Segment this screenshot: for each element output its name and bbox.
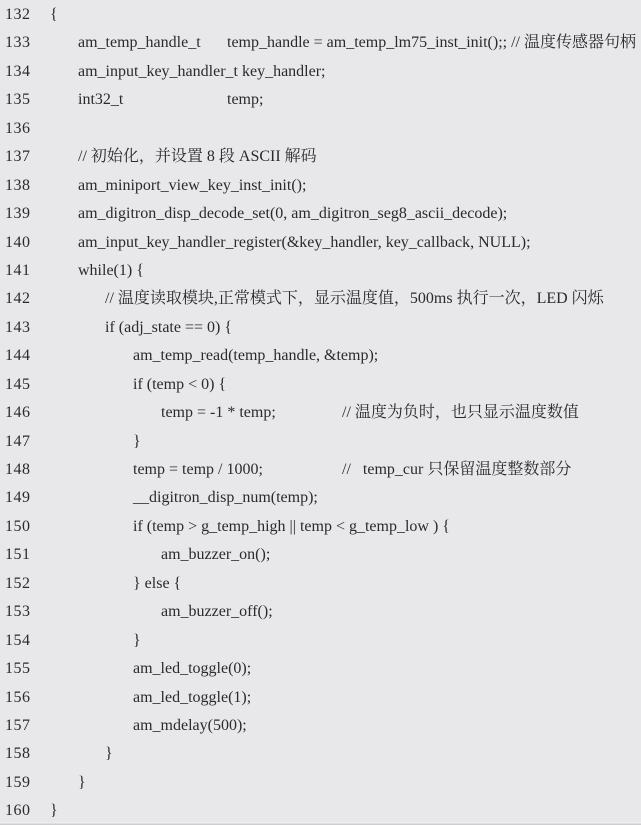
line-number: 142 — [0, 285, 50, 313]
line-number: 133 — [0, 29, 50, 57]
code-line: 159} — [0, 769, 641, 797]
code-comment: // 温度为负时，也只显示温度数值 — [342, 399, 579, 427]
code-text: while(1) { — [78, 257, 144, 285]
code-text: am_miniport_view_key_inst_init(); — [78, 172, 306, 200]
code-text: if (temp < 0) { — [133, 371, 226, 399]
line-number: 158 — [0, 740, 50, 768]
code-text: // 初始化，并设置 8 段 ASCII 解码 — [78, 143, 317, 171]
code-text: am_buzzer_off(); — [161, 598, 273, 626]
code-line: 134am_input_key_handler_t key_handler; — [0, 58, 641, 86]
line-number: 146 — [0, 399, 50, 427]
code-line: 147} — [0, 428, 641, 456]
line-number: 151 — [0, 541, 50, 569]
code-line: 135int32_ttemp; — [0, 86, 641, 114]
code-text: __digitron_disp_num(temp); — [133, 484, 318, 512]
line-number: 140 — [0, 229, 50, 257]
line-number: 154 — [0, 627, 50, 655]
code-text: am_led_toggle(1); — [133, 684, 251, 712]
declaration-type: am_input_key_handler_t — [78, 58, 242, 86]
line-number: 143 — [0, 314, 50, 342]
code-line: 146temp = -1 * temp;// 温度为负时，也只显示温度数值 — [0, 399, 641, 427]
code-text: } — [133, 627, 141, 655]
code-line: 151am_buzzer_on(); — [0, 541, 641, 569]
line-number: 150 — [0, 513, 50, 541]
code-text: am_input_key_handler_t key_handler; — [78, 58, 326, 86]
code-text: am_input_key_handler_register(&key_handl… — [78, 229, 531, 257]
line-number: 145 — [0, 371, 50, 399]
code-line: 156am_led_toggle(1); — [0, 684, 641, 712]
line-number: 141 — [0, 257, 50, 285]
code-line: 149__digitron_disp_num(temp); — [0, 484, 641, 512]
code-text: am_temp_handle_ttemp_handle = am_temp_lm… — [78, 29, 636, 57]
line-number: 135 — [0, 86, 50, 114]
code-text: } — [78, 769, 86, 797]
code-text: // 温度读取模块,正常模式下，显示温度值，500ms 执行一次，LED 闪烁 — [105, 285, 604, 313]
code-line: 133am_temp_handle_ttemp_handle = am_temp… — [0, 29, 641, 57]
code-comment: // 温度读取模块,正常模式下，显示温度值，500ms 执行一次，LED 闪烁 — [105, 290, 604, 307]
line-number: 147 — [0, 428, 50, 456]
code-text: am_mdelay(500); — [133, 712, 247, 740]
code-line: 154} — [0, 627, 641, 655]
code-line: 145if (temp < 0) { — [0, 371, 641, 399]
code-line: 155am_led_toggle(0); — [0, 655, 641, 683]
code-line: 158} — [0, 740, 641, 768]
line-number: 134 — [0, 58, 50, 86]
code-line: 152} else { — [0, 570, 641, 598]
code-line: 142// 温度读取模块,正常模式下，显示温度值，500ms 执行一次，LED … — [0, 285, 641, 313]
line-number: 144 — [0, 342, 50, 370]
code-comment: // temp_cur 只保留温度整数部分 — [342, 456, 571, 484]
code-text: } — [50, 797, 58, 825]
code-text: } else { — [133, 570, 181, 598]
line-number: 136 — [0, 115, 50, 143]
code-line: 139am_digitron_disp_decode_set(0, am_dig… — [0, 200, 641, 228]
code-text: { — [50, 1, 58, 29]
code-line: 160} — [0, 797, 641, 825]
code-text: temp = -1 * temp; — [161, 399, 276, 427]
code-text: am_led_toggle(0); — [133, 655, 251, 683]
code-line: 141while(1) { — [0, 257, 641, 285]
line-number: 149 — [0, 484, 50, 512]
declaration-type: int32_t — [78, 86, 227, 114]
line-number: 160 — [0, 797, 50, 825]
code-text: int32_ttemp; — [78, 86, 263, 114]
code-comment: // 温度传感器句柄 — [511, 34, 636, 51]
code-line: 137// 初始化，并设置 8 段 ASCII 解码 — [0, 143, 641, 171]
line-number: 139 — [0, 200, 50, 228]
code-text: temp = temp / 1000; — [133, 456, 263, 484]
line-number: 132 — [0, 1, 50, 29]
code-text: if (temp > g_temp_high || temp < g_temp_… — [133, 513, 450, 541]
code-text: am_buzzer_on(); — [161, 541, 270, 569]
code-text: } — [133, 428, 141, 456]
line-number: 148 — [0, 456, 50, 484]
line-number: 152 — [0, 570, 50, 598]
code-text: am_temp_read(temp_handle, &temp); — [133, 342, 378, 370]
code-line: 150if (temp > g_temp_high || temp < g_te… — [0, 513, 641, 541]
line-number: 137 — [0, 143, 50, 171]
line-number: 156 — [0, 684, 50, 712]
code-line: 140am_input_key_handler_register(&key_ha… — [0, 229, 641, 257]
code-text: if (adj_state == 0) { — [105, 314, 232, 342]
line-number: 155 — [0, 655, 50, 683]
line-number: 159 — [0, 769, 50, 797]
code-listing: 132{133am_temp_handle_ttemp_handle = am_… — [0, 0, 641, 825]
declaration-type: am_temp_handle_t — [78, 29, 227, 57]
line-number: 138 — [0, 172, 50, 200]
code-comment: // 初始化，并设置 8 段 ASCII 解码 — [78, 148, 317, 165]
code-line: 144am_temp_read(temp_handle, &temp); — [0, 342, 641, 370]
line-number: 153 — [0, 598, 50, 626]
code-text: am_digitron_disp_decode_set(0, am_digitr… — [78, 200, 507, 228]
code-line: 153am_buzzer_off(); — [0, 598, 641, 626]
code-line: 143if (adj_state == 0) { — [0, 314, 641, 342]
code-line: 157am_mdelay(500); — [0, 712, 641, 740]
code-line: 148temp = temp / 1000;// temp_cur 只保留温度整… — [0, 456, 641, 484]
code-line: 136 — [0, 115, 641, 143]
line-number: 157 — [0, 712, 50, 740]
code-line: 138am_miniport_view_key_inst_init(); — [0, 172, 641, 200]
code-text: } — [105, 740, 113, 768]
code-line: 132{ — [0, 1, 641, 29]
